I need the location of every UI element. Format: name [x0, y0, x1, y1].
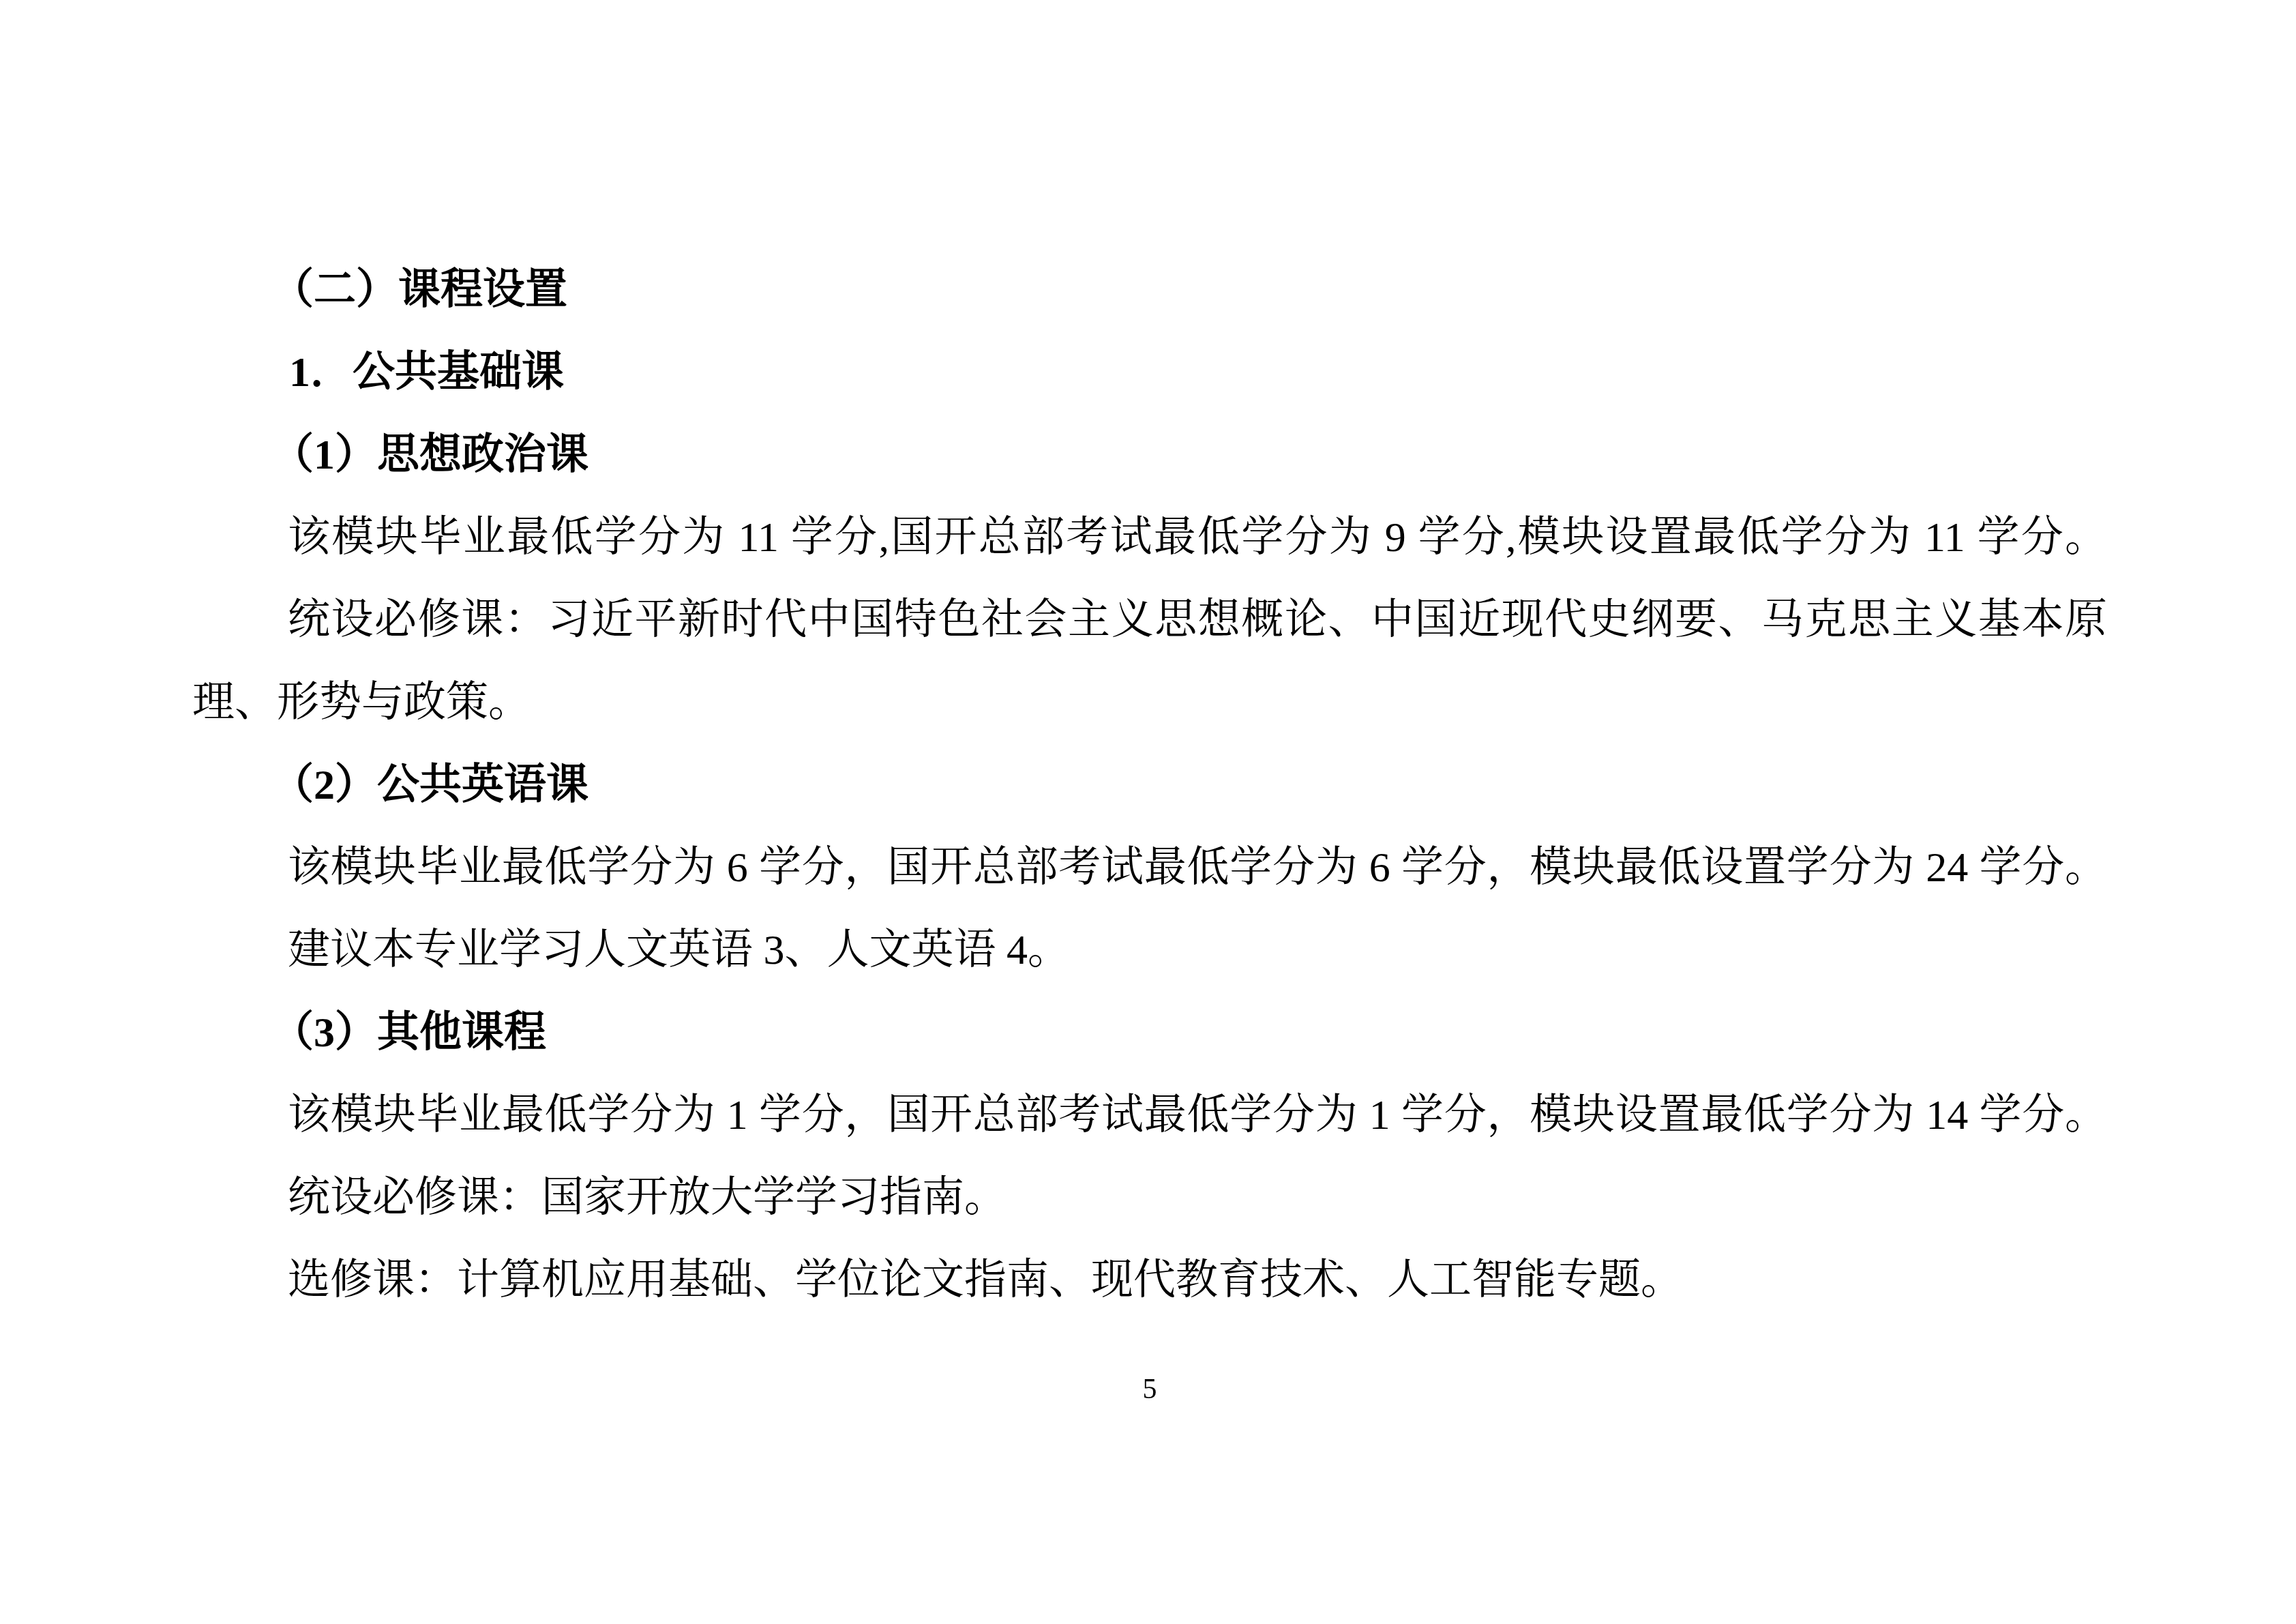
subsection-heading: 1．公共基础课: [289, 351, 564, 394]
other-credits-line: 该模块毕业最低学分为 1 学分，国开总部考试最低学分为 1 学分，模块设置最低学…: [288, 1094, 2107, 1136]
politics-credits-line: 该模块毕业最低学分为 11 学分,国开总部考试最低学分为 9 学分,模块设置最低…: [288, 516, 2107, 559]
english-course-heading: （2）公共英语课: [271, 764, 588, 806]
other-course-heading: （3）其他课程: [271, 1012, 546, 1054]
document-page: （二）课程设置 1．公共基础课 （1）思想政治课 该模块毕业最低学分为 11 学…: [0, 0, 2296, 1624]
politics-required-courses-line-2: 理、形势与政策。: [192, 681, 531, 724]
page-number: 5: [192, 1375, 2107, 1404]
english-credits-line: 该模块毕业最低学分为 6 学分，国开总部考试最低学分为 6 学分，模块最低设置学…: [288, 846, 2107, 889]
politics-required-courses-line-1: 统设必修课：习近平新时代中国特色社会主义思想概论、中国近现代史纲要、马克思主义基…: [288, 599, 2107, 641]
section-heading: （二）课程设置: [271, 269, 567, 311]
english-suggestion-line: 建议本专业学习人文英语 3、人文英语 4。: [288, 929, 1070, 971]
other-electives-line: 选修课：计算机应用基础、学位论文指南、现代教育技术、人工智能专题。: [288, 1259, 1683, 1301]
politics-course-heading: （1）思想政治课: [271, 434, 588, 476]
other-required-courses-line: 统设必修课：国家开放大学学习指南。: [288, 1177, 1007, 1219]
